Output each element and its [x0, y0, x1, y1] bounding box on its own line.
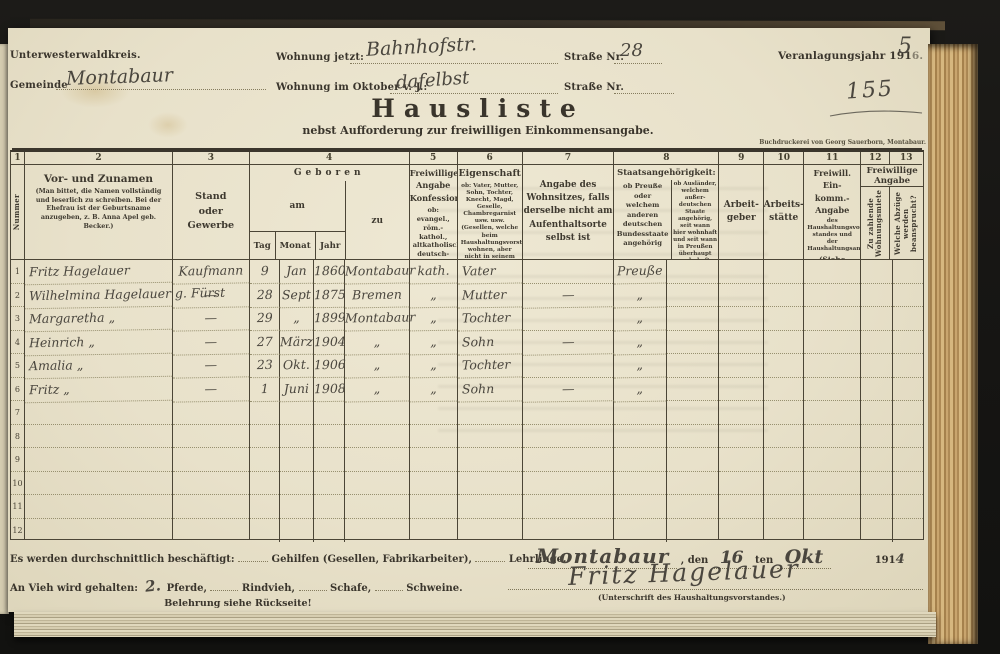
cell-auslaender-4 — [667, 331, 719, 355]
cell-stand-6: — — [173, 377, 249, 402]
schafe-label: Schafe, — [330, 583, 371, 594]
cell-arbeitgeber-5 — [719, 354, 763, 378]
cell-staat-1: Preuße — [614, 260, 666, 284]
cell-staat-5: „ — [614, 354, 666, 378]
cell-arbeitgeber-11 — [719, 495, 763, 519]
cell-arbeitsstaette-8 — [764, 425, 803, 449]
wohnung-okt-blank — [390, 84, 558, 94]
cell-jahr-1: 1860 — [314, 260, 344, 284]
cell-zu-3: Montabaur — [344, 306, 408, 331]
cell-arbeitgeber-12 — [719, 519, 763, 543]
cell-arbeitgeber-9 — [719, 448, 763, 472]
column-wohnsitz: 7 Angabe des Wohnsitzes, falls derselbe … — [523, 152, 615, 539]
hausliste-sheet: Unterwesterwaldkreis. Gemeinde Montabaur… — [8, 28, 930, 612]
cell-auslaender-2 — [667, 284, 719, 308]
cell-arbeitsstaette-9 — [764, 448, 803, 472]
cell-abzuege-8 — [893, 425, 923, 449]
pferde-count-handwriting: 2. — [144, 576, 161, 596]
cell-eigenschaft-3: Tochter — [457, 306, 521, 331]
page-title: Hausliste — [288, 94, 668, 123]
col-number-12: 12 — [861, 152, 889, 165]
signature-line — [508, 589, 923, 590]
cell-eigenschaft-6: Sohn — [457, 377, 521, 402]
cell-zu-5: „ — [344, 353, 408, 378]
col10-header: Arbeits- stätte — [764, 199, 803, 226]
col4-header-am: am — [250, 181, 345, 232]
cell-einkommen-1 — [804, 260, 860, 284]
column-nummer: 1 Nummer 123456789101112 — [11, 152, 25, 539]
cell-auslaender-10 — [667, 472, 719, 496]
cell-tag-1: 9 — [249, 260, 279, 284]
rindvieh-blank — [210, 581, 238, 591]
cell-auslaender-3 — [667, 307, 719, 331]
cell-tag-7 — [250, 401, 280, 425]
cell-zu-2: Bremen — [344, 283, 408, 308]
col-number-3: 3 — [173, 152, 249, 165]
cell-jahr-5: 1906 — [314, 354, 344, 378]
cell-arbeitgeber-4 — [719, 331, 763, 355]
cell-arbeitsstaette-11 — [764, 495, 803, 519]
cell-wohnsitz-3 — [523, 307, 614, 331]
cell-arbeitsstaette-5 — [764, 354, 803, 378]
cell-arbeitgeber-10 — [719, 472, 763, 496]
cell-wohnsitz-9 — [523, 448, 614, 472]
col-number-11: 11 — [804, 152, 860, 165]
gehilfen-label: Gehilfen (Gesellen, Fabrikarbeiter), — [272, 554, 472, 565]
cell-staat-4: „ — [614, 330, 666, 354]
cell-auslaender-12 — [667, 519, 719, 543]
cell-einkommen-5 — [804, 354, 860, 378]
cell-tag-10 — [250, 472, 280, 496]
cell-wohnsitz-11 — [523, 495, 614, 519]
cell-staat-12 — [614, 519, 666, 543]
column-eigenschaft: 6 Eigenschaft ob: Vater, Mutter, Sohn, T… — [458, 152, 523, 539]
col5-header-title: Freiwillige Angabe Konfession — [410, 167, 457, 204]
cell-miete-8 — [861, 425, 891, 449]
col11-header-note: des Haushaltungsvor­standes und der Haus… — [804, 216, 860, 253]
jahr-handwriting: 4 — [896, 552, 905, 567]
cell-konfession-3: „ — [409, 307, 456, 331]
cell-eigenschaft-12 — [458, 519, 522, 543]
cell-einkommen-11 — [804, 495, 860, 519]
cell-num-2: 2 — [11, 284, 24, 308]
vieh-line: An Vieh wird gehalten: 2. Pferde, Rindvi… — [10, 577, 463, 595]
cell-zu-1: Montabaur — [344, 259, 408, 284]
cell-name-12 — [25, 519, 172, 543]
cell-tag-12 — [250, 519, 280, 543]
col8-header-title: Staatsangehörigkeit: — [614, 165, 718, 180]
cell-arbeitgeber-8 — [719, 425, 763, 449]
cell-eigenschaft-10 — [458, 472, 522, 496]
cell-zu-4: „ — [344, 330, 408, 355]
cell-staat-6: „ — [614, 377, 666, 401]
hausliste-table: 1 Nummer 123456789101112 2 Vor- und Zuna… — [10, 150, 924, 540]
cell-stand-9 — [173, 448, 249, 472]
cell-auslaender-5 — [667, 354, 719, 378]
cell-arbeitsstaette-10 — [764, 472, 803, 496]
cell-wohnsitz-5 — [523, 354, 614, 378]
column-einkommensangabe: 11 Freiwill. Ein- komm.-Angabe des Haush… — [804, 152, 861, 539]
cell-name-8 — [25, 425, 172, 449]
book-photo: Unterwesterwaldkreis. Gemeinde Montabaur… — [0, 0, 1000, 654]
gehilfen-blank — [238, 552, 268, 562]
cell-monat-9 — [280, 448, 313, 472]
cell-jahr-11 — [314, 495, 344, 519]
cell-auslaender-9 — [667, 448, 719, 472]
cell-stand-11 — [173, 495, 249, 519]
paper-stain — [148, 112, 188, 138]
cell-einkommen-12 — [804, 519, 860, 543]
cell-num-4: 4 — [11, 331, 24, 355]
cell-staat-8 — [614, 425, 666, 449]
cell-monat-11 — [280, 495, 313, 519]
bottom-page-stack — [14, 612, 936, 637]
cell-konfession-8 — [410, 425, 457, 449]
cell-staat-9 — [614, 448, 666, 472]
col-number-7: 7 — [523, 152, 614, 165]
cell-arbeitsstaette-6 — [764, 378, 803, 402]
cell-zu-11 — [345, 495, 409, 519]
col1-header: Nummer — [13, 194, 21, 230]
veranlagungsjahr-printed-digit: 6. — [912, 50, 923, 62]
cell-stand-3: — — [173, 306, 249, 331]
cell-monat-3: „ — [280, 307, 313, 331]
cell-num-7: 7 — [11, 401, 24, 425]
cell-monat-5: Okt. — [280, 354, 313, 378]
col11-header-title: Freiwill. Ein- komm.-Angabe — [804, 167, 860, 216]
col4-header-zu: zu — [345, 181, 409, 260]
cell-tag-6: 1 — [249, 377, 279, 401]
cell-tag-4: 27 — [249, 330, 279, 354]
cell-stand-4: — — [173, 330, 249, 355]
cell-auslaender-1 — [667, 260, 719, 284]
cell-zu-6: „ — [344, 377, 408, 402]
col-number-5: 5 — [410, 152, 457, 165]
cell-abzuege-1 — [893, 260, 923, 284]
cell-monat-4: März — [280, 330, 313, 354]
col12-header: Zu zahlende Wohnungsmiete — [867, 187, 883, 260]
cell-arbeitgeber-7 — [719, 401, 763, 425]
cell-arbeitsstaette-4 — [764, 331, 803, 355]
cell-arbeitgeber-1 — [719, 260, 763, 284]
cell-staat-10 — [614, 472, 666, 496]
cell-monat-12 — [280, 519, 313, 543]
col2-header-title: Vor- und Zunamen — [25, 173, 172, 185]
schafe-blank — [299, 581, 327, 591]
cell-num-10: 10 — [11, 472, 24, 496]
cell-tag-5: 23 — [249, 354, 279, 378]
cell-staat-3: „ — [614, 307, 666, 331]
cell-abzuege-3 — [893, 307, 923, 331]
cell-zu-12 — [345, 519, 409, 543]
cell-zu-8 — [345, 425, 409, 449]
cell-stand-10 — [173, 472, 249, 496]
cell-abzuege-4 — [893, 331, 923, 355]
cell-konfession-11 — [410, 495, 457, 519]
col2-header-note: (Man bittet, die Namen vollständig und l… — [25, 185, 172, 230]
column-namen: 2 Vor- und Zunamen (Man bittet, die Name… — [25, 152, 173, 539]
cell-abzuege-6 — [893, 378, 923, 402]
cell-einkommen-6 — [804, 378, 860, 402]
cell-stand-12 — [173, 519, 249, 543]
signature-caption: (Unterschrift des Haushaltungsvorstandes… — [598, 593, 786, 602]
strasse-nr-blank-1 — [614, 54, 662, 64]
cell-miete-12 — [861, 519, 891, 543]
cell-stand-1: Kaufmann — [173, 259, 249, 284]
cell-arbeitsstaette-7 — [764, 401, 803, 425]
cell-arbeitgeber-2 — [719, 284, 763, 308]
cell-arbeitsstaette-12 — [764, 519, 803, 543]
cell-eigenschaft-9 — [458, 448, 522, 472]
col4-header-monat: Monat — [275, 232, 315, 260]
cell-num-11: 11 — [11, 495, 24, 519]
book-page-edges — [928, 44, 978, 644]
vieh-label: An Vieh wird gehalten: — [10, 583, 138, 594]
page-subtitle: nebst Aufforderung zur freiwilligen Eink… — [228, 124, 728, 137]
cell-arbeitgeber-3 — [719, 307, 763, 331]
cell-tag-9 — [250, 448, 280, 472]
cell-tag-8 — [250, 425, 280, 449]
cell-eigenschaft-5: Tochter — [457, 353, 521, 378]
strasse-nr-blank-2 — [614, 84, 674, 94]
cell-stand-5: — — [173, 353, 249, 378]
cell-tag-2: 28 — [249, 283, 279, 307]
cell-stand-2: — — [173, 283, 249, 308]
cell-wohnsitz-1 — [523, 260, 614, 284]
cell-jahr-2: 1875 — [314, 283, 344, 307]
cell-auslaender-11 — [667, 495, 719, 519]
schweine-label: Schweine. — [406, 583, 462, 594]
beschaeftigt-line: Es werden durchschnittlich beschäftigt: … — [10, 552, 567, 565]
gemeinde-handwriting: Montabaur — [66, 64, 174, 90]
col1213-group-header: Freiwillige Angabe — [861, 165, 923, 187]
col6-header-note: ob: Vater, Mutter, Sohn, Tochter, Knecht… — [458, 181, 522, 260]
cell-jahr-10 — [314, 472, 344, 496]
cell-tag-11 — [250, 495, 280, 519]
col7-header: Angabe des Wohnsitzes, falls derselbe ni… — [524, 179, 613, 245]
cell-miete-2 — [861, 284, 891, 308]
cell-name-9 — [25, 448, 172, 472]
cell-num-6: 6 — [11, 378, 24, 402]
cell-abzuege-5 — [893, 354, 923, 378]
col4-header-jahr: Jahr — [315, 232, 345, 260]
cell-name-6: Fritz „ — [25, 376, 172, 402]
cell-miete-3 — [861, 307, 891, 331]
cell-konfession-2: „ — [409, 283, 456, 307]
cell-monat-2: Sept — [280, 283, 313, 307]
col-number-9: 9 — [719, 152, 763, 165]
col13-header: Welche Abzüge werden beansprucht? — [894, 187, 918, 260]
col6-header-title: Eigenschaft — [458, 167, 522, 181]
column-freiwillige-angabe: 12 13 Freiwillige Angabe Zu zahlende Woh… — [861, 152, 923, 539]
col-number-10: 10 — [764, 152, 803, 165]
cell-name-2: Wilhelmina Hagelauer g. Fürst — [25, 282, 172, 308]
schweine-blank — [375, 581, 403, 591]
cell-name-5: Amalia „ — [25, 353, 172, 379]
cell-abzuege-7 — [893, 401, 923, 425]
belehrung-note: Belehrung siehe Rückseite! — [98, 598, 378, 609]
cell-stand-8 — [173, 425, 249, 449]
cell-num-12: 12 — [11, 519, 24, 543]
col-number-8: 8 — [614, 152, 718, 165]
col-number-13: 13 — [889, 152, 922, 165]
column-stand: 3 Stand oder Gewerbe Kaufmann————— — [173, 152, 250, 539]
cell-zu-10 — [345, 472, 409, 496]
cell-konfession-10 — [410, 472, 457, 496]
cell-konfession-9 — [410, 448, 457, 472]
cell-name-7 — [25, 401, 172, 425]
cell-miete-5 — [861, 354, 891, 378]
cell-konfession-12 — [410, 519, 457, 543]
col11-header-bold: (Siehe Anmerkung 2 Rückseite) — [804, 254, 860, 261]
cell-auslaender-8 — [667, 425, 719, 449]
cell-arbeitsstaette-1 — [764, 260, 803, 284]
cell-monat-10 — [280, 472, 313, 496]
cell-num-9: 9 — [11, 448, 24, 472]
col8-sub2-header: ob Ausländer, welchem außer­deutschen St… — [671, 180, 719, 260]
cell-einkommen-10 — [804, 472, 860, 496]
pferde-label: Pferde, — [167, 583, 207, 594]
veranlagungsjahr-printed: Veranlagungsjahr 191 — [778, 50, 912, 62]
cell-abzuege-2 — [893, 284, 923, 308]
lehrlinge-blank — [475, 552, 505, 562]
cell-konfession-7 — [410, 401, 457, 425]
cell-wohnsitz-8 — [523, 425, 614, 449]
cell-einkommen-2 — [804, 284, 860, 308]
cell-jahr-4: 1904 — [314, 330, 344, 354]
cell-num-1: 1 — [11, 260, 24, 284]
cell-monat-7 — [280, 401, 313, 425]
cell-abzuege-10 — [893, 472, 923, 496]
cell-jahr-7 — [314, 401, 344, 425]
col-number-2: 2 — [25, 152, 172, 165]
col4-header-geboren: Geboren — [250, 165, 409, 181]
cell-name-4: Heinrich „ — [25, 329, 172, 355]
cell-wohnsitz-12 — [523, 519, 614, 543]
cell-auslaender-7 — [667, 401, 719, 425]
veranlagungsjahr-handwriting: 5 — [898, 34, 912, 59]
page-number-underline — [826, 106, 926, 120]
column-konfession: 5 Freiwillige Angabe Konfession ob: evan… — [410, 152, 458, 539]
cell-einkommen-3 — [804, 307, 860, 331]
cell-einkommen-7 — [804, 401, 860, 425]
cell-wohnsitz-10 — [523, 472, 614, 496]
col5-header-note: ob: evangel., röm.-kathol., altkatholisc… — [410, 204, 457, 260]
cell-arbeitgeber-6 — [719, 378, 763, 402]
jahr-printed: 191 — [875, 555, 896, 566]
cell-name-3: Margaretha „ — [25, 306, 172, 332]
printer-credit: Buchdruckerei von Georg Sauerborn, Monta… — [696, 139, 926, 146]
cell-stand-7 — [173, 401, 249, 425]
cell-einkommen-9 — [804, 448, 860, 472]
rindvieh-label: Rindvieh, — [242, 583, 295, 594]
cell-num-5: 5 — [11, 354, 24, 378]
cell-jahr-8 — [314, 425, 344, 449]
district-label: Unterwesterwaldkreis. — [10, 50, 141, 61]
cell-miete-11 — [861, 495, 891, 519]
column-geboren: 4 Geboren am Tag Monat Jahr zu — [250, 152, 410, 539]
cell-jahr-9 — [314, 448, 344, 472]
cell-name-10 — [25, 472, 172, 496]
cell-miete-6 — [861, 378, 891, 402]
cell-konfession-1: kath. — [409, 260, 456, 284]
col-number-1: 1 — [11, 152, 24, 165]
cell-name-1: Fritz Hagelauer — [25, 259, 172, 285]
beschaeftigt-label: Es werden durchschnittlich beschäftigt: — [10, 554, 235, 565]
cell-wohnsitz-7 — [523, 401, 614, 425]
cell-staat-7 — [614, 401, 666, 425]
cell-miete-10 — [861, 472, 891, 496]
cell-miete-1 — [861, 260, 891, 284]
column-arbeitsstaette: 10 Arbeits- stätte — [764, 152, 804, 539]
cell-staat-11 — [614, 495, 666, 519]
cell-eigenschaft-1: Vater — [457, 259, 521, 284]
cell-miete-9 — [861, 448, 891, 472]
col4-header-tag: Tag — [250, 232, 275, 260]
col8-sub1-header: ob Preuße oder welchem anderen deutschen… — [614, 180, 670, 260]
cell-miete-4 — [861, 331, 891, 355]
cell-konfession-4: „ — [409, 330, 456, 354]
cell-wohnsitz-4: — — [522, 330, 613, 355]
cell-monat-6: Juni — [280, 377, 313, 401]
cell-num-8: 8 — [11, 425, 24, 449]
cell-konfession-5: „ — [409, 354, 456, 378]
cell-monat-1: Jan — [280, 260, 313, 284]
cell-einkommen-8 — [804, 425, 860, 449]
cell-name-11 — [25, 495, 172, 519]
cell-num-3: 3 — [11, 307, 24, 331]
col-number-4: 4 — [250, 152, 409, 165]
column-staatsangehoerigkeit: 8 Staatsangehörigkeit: ob Preuße oder we… — [614, 152, 719, 539]
cell-staat-2: „ — [614, 283, 666, 307]
col9-header: Arbeit- geber — [724, 199, 759, 226]
cell-miete-7 — [861, 401, 891, 425]
cell-konfession-6: „ — [409, 377, 456, 401]
cell-eigenschaft-11 — [458, 495, 522, 519]
column-arbeitgeber: 9 Arbeit- geber — [719, 152, 764, 539]
cell-eigenschaft-8 — [458, 425, 522, 449]
cell-abzuege-9 — [893, 448, 923, 472]
cell-tag-3: 29 — [249, 307, 279, 331]
cell-auslaender-6 — [667, 378, 719, 402]
col3-header: Stand oder Gewerbe — [188, 190, 235, 233]
cell-monat-8 — [280, 425, 313, 449]
cell-arbeitsstaette-3 — [764, 307, 803, 331]
cell-einkommen-4 — [804, 331, 860, 355]
cell-eigenschaft-4: Sohn — [457, 330, 521, 355]
col-number-6: 6 — [458, 152, 522, 165]
cell-jahr-6: 1908 — [314, 377, 344, 401]
cell-jahr-3: 1899 — [314, 307, 344, 331]
cell-wohnsitz-6: — — [522, 377, 613, 402]
page-number-handwriting: 155 — [845, 76, 895, 104]
cell-arbeitsstaette-2 — [764, 284, 803, 308]
cell-jahr-12 — [314, 519, 344, 543]
cell-eigenschaft-7 — [458, 401, 522, 425]
cell-wohnsitz-2: — — [522, 283, 613, 308]
cell-abzuege-11 — [893, 495, 923, 519]
cell-zu-7 — [345, 401, 409, 425]
cell-abzuege-12 — [893, 519, 923, 543]
cell-zu-9 — [345, 448, 409, 472]
cell-eigenschaft-2: Mutter — [457, 283, 521, 308]
